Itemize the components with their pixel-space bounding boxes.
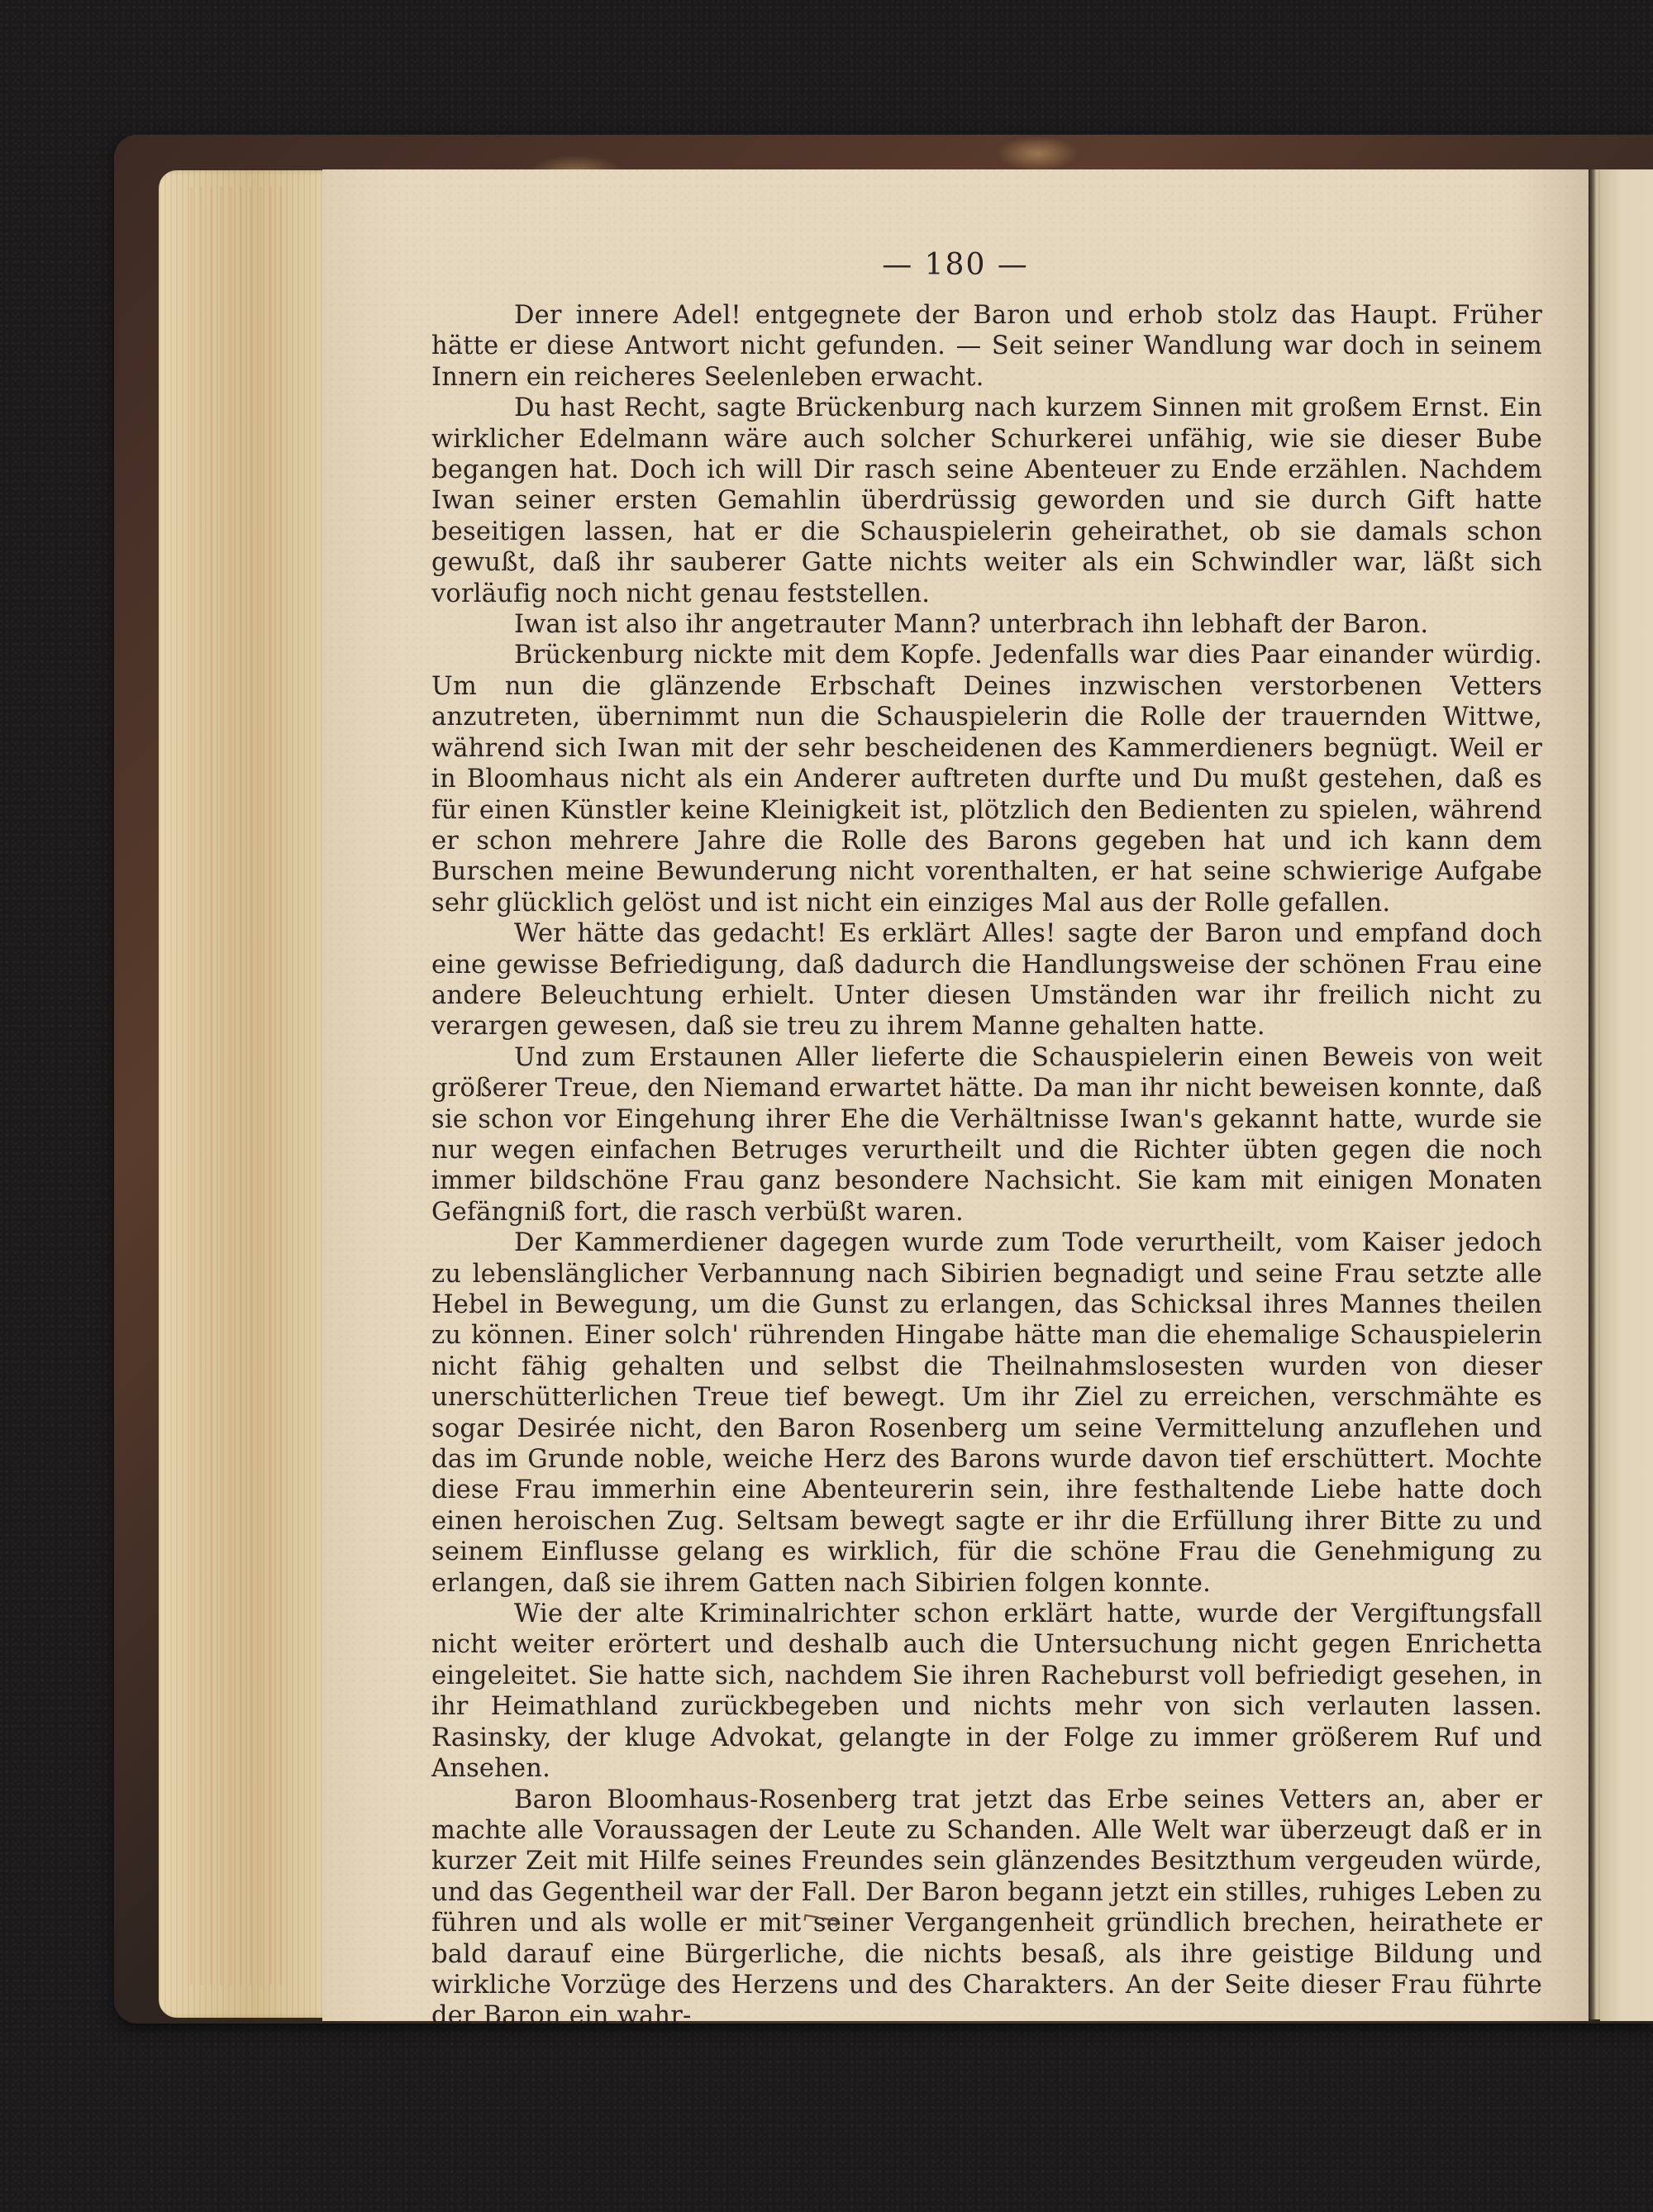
page-number: — 180 — — [322, 248, 1589, 282]
paragraph: Und zum Erstaunen Aller lieferte die Sch… — [431, 1042, 1542, 1228]
facing-page-edge — [1600, 169, 1653, 2021]
paragraph: Der Kammerdiener dagegen wurde zum Tode … — [431, 1228, 1542, 1599]
book-page: — 180 — Der innere Adel! entgegnete der … — [322, 169, 1589, 2021]
paragraph: Wie der alte Kriminalrichter schon erklä… — [431, 1599, 1542, 1784]
paragraph: Du hast Recht, sagte Brückenburg nach ku… — [431, 393, 1542, 609]
paragraph: Wer hätte das gedacht! Es erklärt Alles!… — [431, 918, 1542, 1042]
paragraph: Iwan ist also ihr angetrauter Mann? unte… — [431, 609, 1542, 640]
book-gutter — [1589, 169, 1600, 2019]
paragraph: Der innere Adel! entgegnete der Baron un… — [431, 300, 1542, 393]
paragraph: Brückenburg nickte mit dem Kopfe. Jedenf… — [431, 640, 1542, 918]
page-block-edges — [159, 170, 332, 2018]
paragraph: Baron Bloomhaus-Rosenberg trat jetzt das… — [431, 1785, 1542, 2032]
page-text: Der innere Adel! entgegnete der Baron un… — [431, 300, 1542, 2032]
